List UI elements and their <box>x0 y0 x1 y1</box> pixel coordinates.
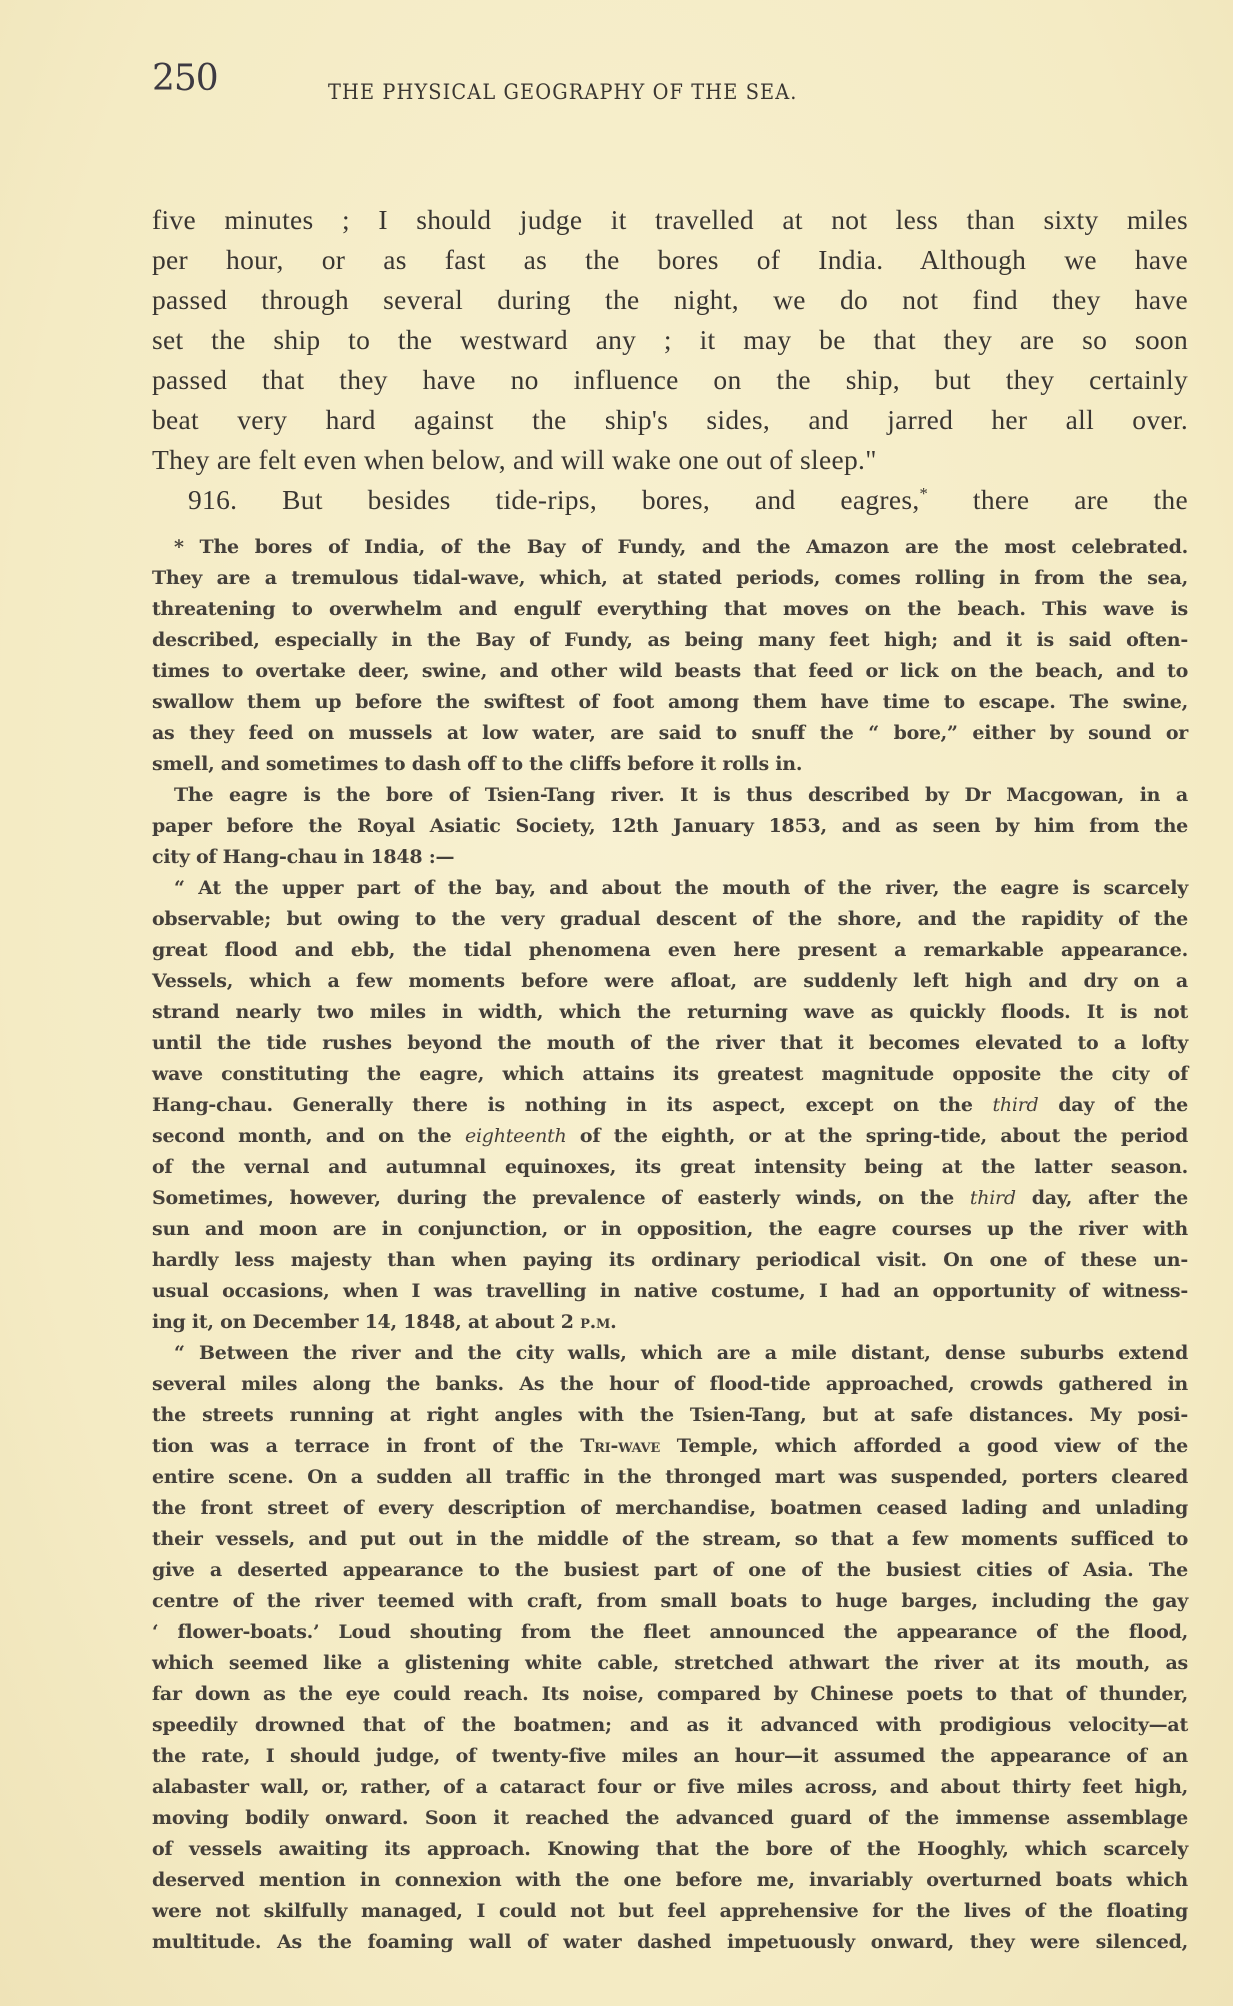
footnote-line: centre of the river teemed with craft, f… <box>152 1586 1188 1617</box>
footnote-line: Vessels, which a few moments before were… <box>152 966 1188 997</box>
text-line: set the ship to the westward any ; it ma… <box>152 320 1188 360</box>
small-caps-text: p.m. <box>580 1311 616 1333</box>
text-fragment: tion was a terrace in front of the <box>152 1435 580 1457</box>
text-fragment: of the eighth, or at the spring-tide, ab… <box>566 1125 1188 1147</box>
text-fragment: Hang-chau. Generally there is nothing in… <box>152 1094 993 1116</box>
italic-word: third <box>970 1187 1016 1209</box>
book-page: 250 THE PHYSICAL GEOGRAPHY OF THE SEA. f… <box>152 58 1188 1958</box>
footnote-line: the rate, I should judge, of twenty-five… <box>152 1741 1188 1772</box>
footnote-line: sun and moon are in conjunction, or in o… <box>152 1214 1188 1245</box>
footnote-line: as they feed on mussels at low water, ar… <box>152 718 1188 749</box>
running-head: 250 THE PHYSICAL GEOGRAPHY OF THE SEA. <box>152 58 1188 108</box>
footnote-line: alabaster wall, or, rather, of a catarac… <box>152 1772 1188 1803</box>
footnote-line: of the vernal and autumnal equinoxes, it… <box>152 1152 1188 1183</box>
footnote-line: ‘ flower-boats.’ Loud shouting from the … <box>152 1617 1188 1648</box>
footnote-line: swallow them up before the swiftest of f… <box>152 687 1188 718</box>
footnote-line: multitude. As the foaming wall of water … <box>152 1927 1188 1958</box>
text-fragment: ing it, on December 14, 1848, at about 2 <box>152 1311 580 1333</box>
footnote-line: speedily drowned that of the boatmen; an… <box>152 1710 1188 1741</box>
text-fragment: Sometimes, however, during the prevalenc… <box>152 1187 970 1209</box>
footnote-line: Sometimes, however, during the prevalenc… <box>152 1183 1188 1214</box>
footnote-line: second month, and on the eighteenth of t… <box>152 1121 1188 1152</box>
footnote-line: usual occasions, when I was travelling i… <box>152 1276 1188 1307</box>
text-line: five minutes ; I should judge it travell… <box>152 200 1188 240</box>
footnote-line: city of Hang-chau in 1848 :— <box>152 842 1188 873</box>
footnote-line: The eagre is the bore of Tsien-Tang rive… <box>152 780 1188 811</box>
footnote-line: give a deserted appearance to the busies… <box>152 1555 1188 1586</box>
footnote-line: threatening to overwhelm and engulf ever… <box>152 594 1188 625</box>
text-line: passed through several during the night,… <box>152 280 1188 320</box>
footnote: * The bores of India, of the Bay of Fund… <box>152 532 1188 1958</box>
text-fragment: day of the <box>1038 1094 1188 1116</box>
footnote-line: far down as the eye could reach. Its noi… <box>152 1679 1188 1710</box>
text-fragment: second month, and on the <box>152 1125 465 1147</box>
footnote-line: which seemed like a glistening white cab… <box>152 1648 1188 1679</box>
footnote-marker: * <box>920 484 929 503</box>
footnote-line: moving bodily onward. Soon it reached th… <box>152 1803 1188 1834</box>
text-fragment: day, after the <box>1016 1187 1188 1209</box>
footnote-line: times to overtake deer, swine, and other… <box>152 656 1188 687</box>
italic-word: third <box>993 1094 1039 1116</box>
footnote-line: great flood and ebb, the tidal phenomena… <box>152 935 1188 966</box>
footnote-line: their vessels, and put out in the middle… <box>152 1524 1188 1555</box>
footnote-line: hardly less majesty than when paying its… <box>152 1245 1188 1276</box>
footnote-line: observable; but owing to the very gradua… <box>152 904 1188 935</box>
footnote-line: were not skilfully managed, I could not … <box>152 1896 1188 1927</box>
footnote-line: paper before the Royal Asiatic Society, … <box>152 811 1188 842</box>
footnote-line: of vessels awaiting its approach. Knowin… <box>152 1834 1188 1865</box>
footnote-line: tion was a terrace in front of the Tri-w… <box>152 1431 1188 1462</box>
footnote-line: the front street of every description of… <box>152 1493 1188 1524</box>
footnote-line: “ Between the river and the city walls, … <box>152 1338 1188 1369</box>
text-line: They are felt even when below, and will … <box>152 440 1188 480</box>
text-fragment: Temple, which afforded a good view of th… <box>660 1435 1188 1457</box>
text-fragment: there are the <box>928 484 1188 515</box>
footnote-line: wave constituting the eagre, which attai… <box>152 1059 1188 1090</box>
footnote-line: smell, and sometimes to dash off to the … <box>152 749 1188 780</box>
footnote-line: strand nearly two miles in width, which … <box>152 997 1188 1028</box>
footnote-line: They are a tremulous tidal-wave, which, … <box>152 563 1188 594</box>
footnote-line: described, especially in the Bay of Fund… <box>152 625 1188 656</box>
footnote-line: the streets running at right angles with… <box>152 1400 1188 1431</box>
running-title: THE PHYSICAL GEOGRAPHY OF THE SEA. <box>328 80 798 104</box>
footnote-line: until the tide rushes beyond the mouth o… <box>152 1028 1188 1059</box>
italic-word: eighteenth <box>465 1125 566 1147</box>
footnote-line: several miles along the banks. As the ho… <box>152 1369 1188 1400</box>
text-fragment: 916. But besides tide-rips, bores, and e… <box>188 484 920 515</box>
paragraph-916-start: 916. But besides tide-rips, bores, and e… <box>152 480 1188 520</box>
text-line: per hour, or as fast as the bores of Ind… <box>152 240 1188 280</box>
footnote-line: “ At the upper part of the bay, and abou… <box>152 873 1188 904</box>
page-number: 250 <box>152 58 218 99</box>
text-line: beat very hard against the ship's sides,… <box>152 400 1188 440</box>
text-line: passed that they have no influence on th… <box>152 360 1188 400</box>
footnote-line: * The bores of India, of the Bay of Fund… <box>152 532 1188 563</box>
footnote-line: entire scene. On a sudden all traffic in… <box>152 1462 1188 1493</box>
footnote-line: ing it, on December 14, 1848, at about 2… <box>152 1307 1188 1338</box>
footnote-line: deserved mention in connexion with the o… <box>152 1865 1188 1896</box>
main-text: five minutes ; I should judge it travell… <box>152 200 1188 520</box>
footnote-line: Hang-chau. Generally there is nothing in… <box>152 1090 1188 1121</box>
small-caps-text: Tri-wave <box>580 1435 660 1457</box>
